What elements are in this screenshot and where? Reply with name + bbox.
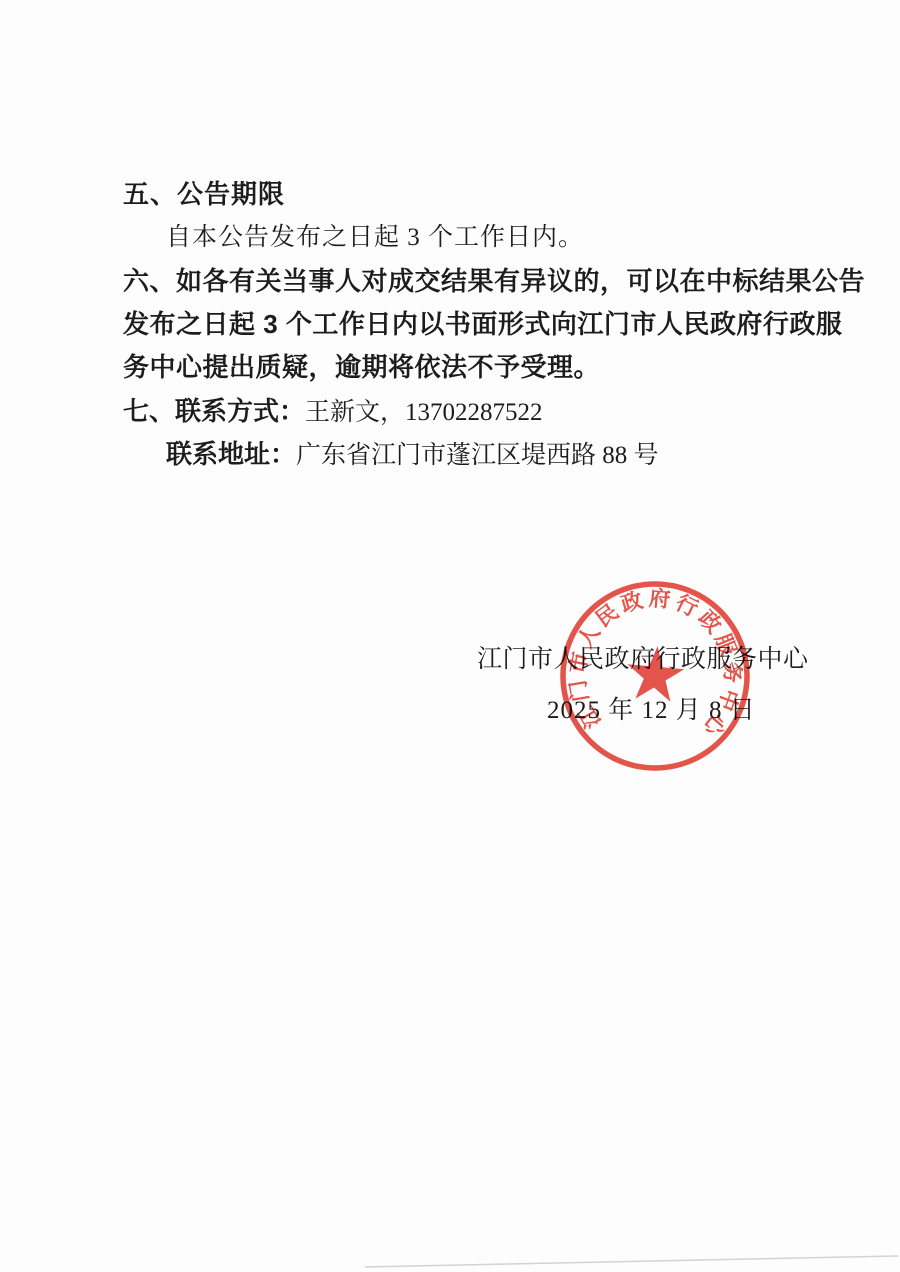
scan-edge-line <box>365 1256 898 1267</box>
section5-heading: 五、公告期限 <box>123 174 285 211</box>
announcement-document-page: 五、公告期限 自本公告发布之日起 3 个工作日内。 六、如各有关当事人对成交结果… <box>0 0 900 1272</box>
contact-value: 王新文，13702287522 <box>305 399 543 426</box>
address-label: 联系地址： <box>166 439 296 469</box>
section7-contact-line: 七、联系方式：王新文，13702287522 <box>123 391 543 428</box>
address-value: 广东省江门市蓬江区堤西路 88 号 <box>296 442 659 469</box>
seal-star-icon <box>624 644 686 703</box>
section6-line-2: 发布之日起 3 个工作日内以书面形式向江门市人民政府行政服 <box>123 304 842 341</box>
section6-line-3: 务中心提出质疑，逾期将依法不予受理。 <box>123 347 600 384</box>
section7-address-line: 联系地址：广东省江门市蓬江区堤西路 88 号 <box>166 434 659 471</box>
section6-line-1: 六、如各有关当事人对成交结果有异议的，可以在中标结果公告 <box>123 261 865 298</box>
official-seal-stamp: 江门市人民政府行政服务中心 <box>556 577 754 775</box>
section5-body-text: 自本公告发布之日起 3 个工作日内。 <box>166 217 584 253</box>
contact-label: 七、联系方式： <box>123 396 305 426</box>
